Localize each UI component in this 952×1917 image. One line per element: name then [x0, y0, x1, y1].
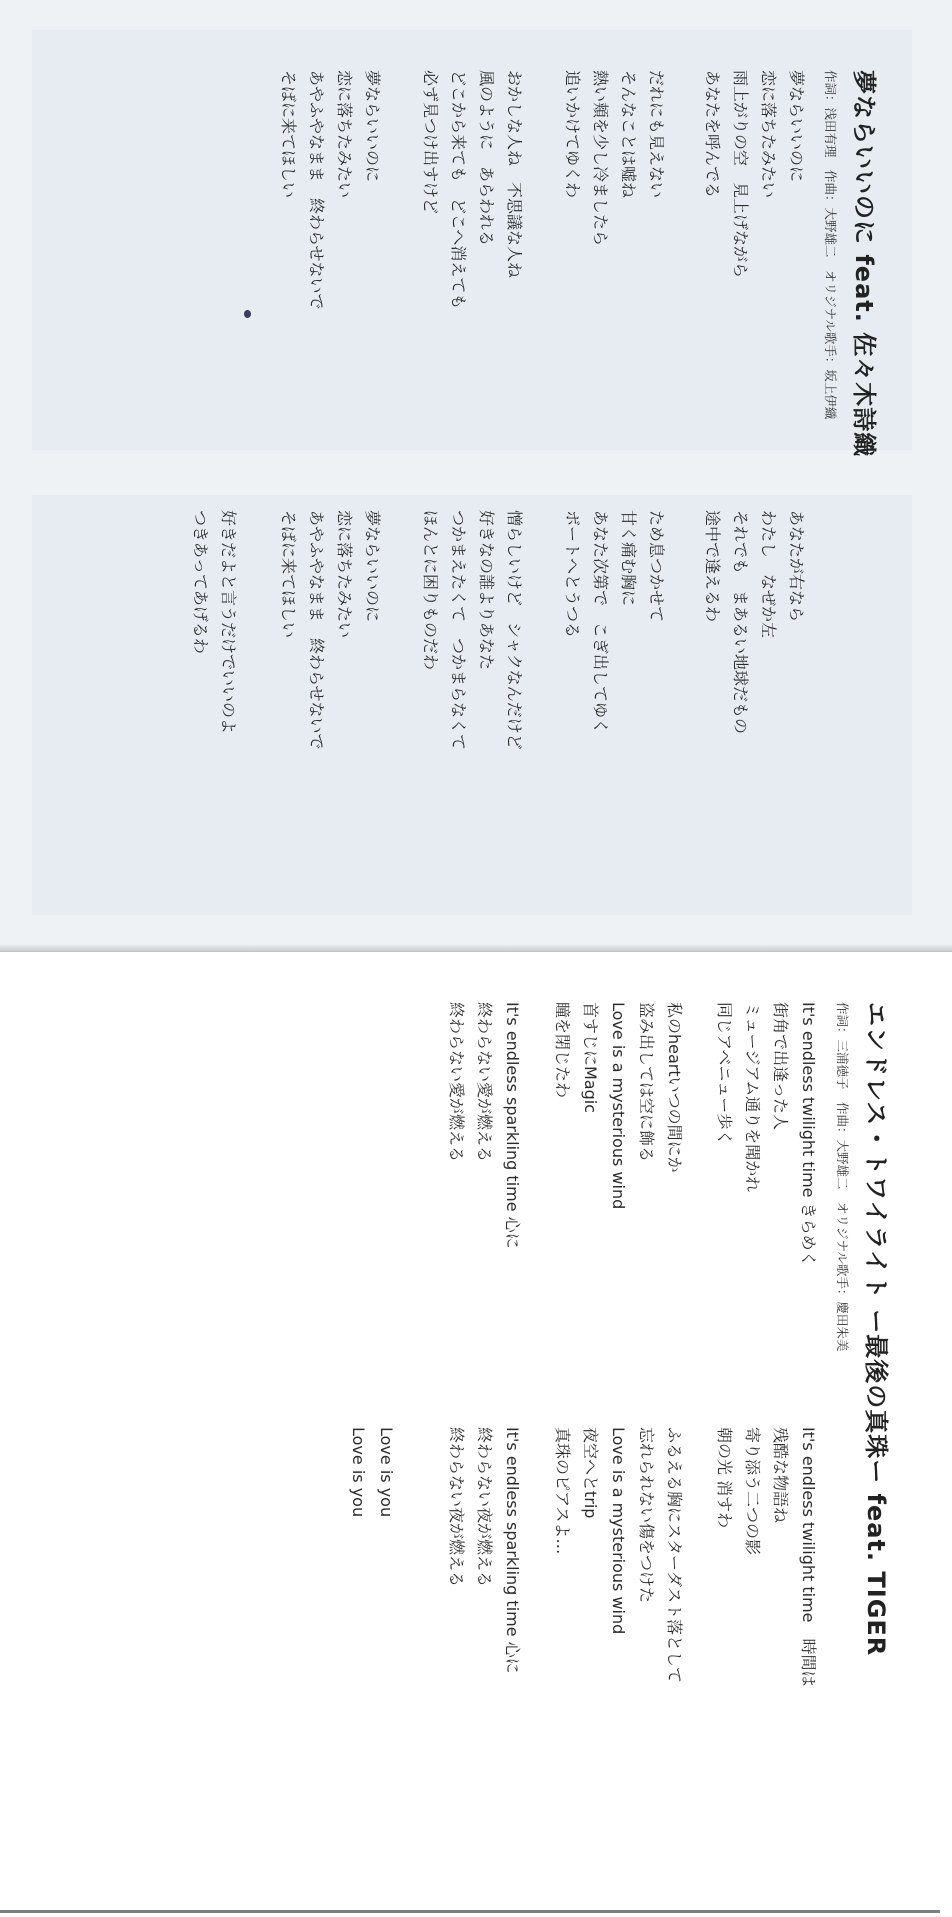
lyric-line: だれにも見えない: [642, 70, 670, 246]
lyric-line: あなたが右なら: [782, 510, 810, 734]
lyric-line: 街角で出逢った人: [766, 1002, 794, 1267]
stanza: Love is you Love is you: [344, 1427, 400, 1517]
lyric-line: 終わらない夜が燃える: [470, 1427, 498, 1674]
lyric-line: 朝の光 消すわ: [710, 1427, 738, 1687]
song-credits: 作詞：浅田有理 作曲：大野雄二 オリジナル歌手：坂上伊織: [822, 70, 840, 419]
lyric-line: 真珠のピアスよ…: [548, 1427, 576, 1683]
lyric-line: 恋に落ちたみたい: [330, 70, 358, 310]
lyric-line: 夢ならいいのに: [358, 510, 386, 750]
lyric-line: 私のheartいつの間にか: [660, 1002, 688, 1209]
lyrics-page-bottom: エンドレス・トワイライト ー最後の真珠ー feat. TIGER 作詞：三浦徳子…: [0, 952, 952, 1902]
lyric-line: 熱い頬を少し冷ましたら: [586, 70, 614, 246]
stanza: だれにも見えない そんなことは嘘ね 熱い頬を少し冷ましたら 追いかけてゆくわ: [558, 70, 670, 246]
lyric-line: ため息つかせて: [642, 510, 670, 734]
stanza: ため息つかせて 甘く痛む胸に あなた次第で こぎ出してゆく ボートへとうつる: [558, 510, 670, 734]
song-title: エンドレス・トワイライト ー最後の真珠ー feat. TIGER: [861, 1002, 896, 1656]
lyric-line: It's endless twilight time きらめく: [794, 1002, 822, 1267]
lyric-line: 好きだよと言うだけでいいのよ: [214, 510, 242, 734]
lyric-line: 必ず見つけ出すけど: [416, 70, 444, 309]
lyric-line: どこから来ても どこへ消えても: [444, 70, 472, 309]
stanza: It's endless twilight time 時間は 残酷な物語ね 寄り…: [710, 1427, 822, 1687]
stanza: 夢ならいいのに 恋に落ちたみたい 雨上がりの空 見上げながら あなたを呼んでる: [698, 70, 810, 278]
lyric-line: 甘く痛む胸に: [614, 510, 642, 734]
lyric-line: そんなことは嘘ね: [614, 70, 642, 246]
song-title: 夢ならいいのに feat. 佐々木詩織: [849, 70, 884, 457]
stanza: おかしな人ね 不思議な人ね 風のように あらわれる どこから来ても どこへ消えて…: [416, 70, 528, 309]
lyric-line: 残酷な物語ね: [766, 1427, 794, 1687]
stanza: It's endless twilight time きらめく 街角で出逢った人…: [710, 1002, 822, 1267]
lyric-line: 恋に落ちたみたい: [330, 510, 358, 750]
lyric-line: 夜空へとtrip: [576, 1427, 604, 1683]
lyric-line: ふるえる胸にスターダスト落として: [660, 1427, 688, 1683]
stanza: あなたが右なら わたし なぜか左 それでも まあるい地球だもの 途中で逢えるわ: [698, 510, 810, 734]
lyric-line: つきあってあげるわ: [186, 510, 214, 734]
lyric-line: そばに来てほしい: [274, 510, 302, 750]
lyric-line: 風のように あらわれる: [472, 70, 500, 309]
lyric-line: わたし なぜか左: [754, 510, 782, 734]
lyric-line: 盗み出しては空に飾る: [632, 1002, 660, 1209]
lyric-line: 忘れられない傷をつけた: [632, 1427, 660, 1683]
stanza: 夢ならいいのに 恋に落ちたみたい あやふやなまま 終わらせないで そばに来てほし…: [274, 70, 386, 310]
lyric-line: 終わらない愛が燃える: [470, 1002, 498, 1249]
lyric-line: 好きなの誰よりあなた: [472, 510, 500, 750]
lyric-line: 憎らしいけど シャクなんだけど: [500, 510, 528, 750]
song-credits: 作詞：三浦徳子 作曲：大野雄二 オリジナル歌手：慶田朱美: [834, 1002, 852, 1351]
lyric-line: あなたを呼んでる: [698, 70, 726, 278]
lyric-line: 瞳を閉じたわ: [548, 1002, 576, 1209]
lyric-line: それでも まあるい地球だもの: [726, 510, 754, 734]
lyric-line: あやふやなまま 終わらせないで: [302, 510, 330, 750]
stanza: It's endless sparkling time 心に 終わらない夜が燃え…: [442, 1427, 526, 1674]
scan-edge-bottom: [0, 1910, 940, 1913]
lyric-line: つかまえたくて つかまらなくて: [444, 510, 472, 750]
lyric-line: 恋に落ちたみたい: [754, 70, 782, 278]
lyrics-page-top: 夢ならいいのに feat. 佐々木詩織 作詞：浅田有理 作曲：大野雄二 オリジナ…: [0, 0, 952, 950]
stanza: It's endless sparkling time 心に 終わらない愛が燃え…: [442, 1002, 526, 1249]
lyric-line: 夢ならいいのに: [782, 70, 810, 278]
lyric-line: ほんとに困りものだわ: [416, 510, 444, 750]
stanza: 私のheartいつの間にか 盗み出しては空に飾る Love is a myste…: [548, 1002, 688, 1209]
lyric-line: おかしな人ね 不思議な人ね: [500, 70, 528, 309]
lyric-line: 追いかけてゆくわ: [558, 70, 586, 246]
lyric-line: It's endless sparkling time 心に: [498, 1427, 526, 1674]
lyric-line: Love is a mysterious wind: [604, 1002, 632, 1209]
stanza: 憎らしいけど シャクなんだけど 好きなの誰よりあなた つかまえたくて つかまらな…: [416, 510, 528, 750]
lyric-line: Love is a mysterious wind: [604, 1427, 632, 1683]
lyric-line: 終わらない夜が燃える: [442, 1427, 470, 1674]
stanza: 夢ならいいのに 恋に落ちたみたい あやふやなまま 終わらせないで そばに来てほし…: [274, 510, 386, 750]
lyric-line: そばに来てほしい: [274, 70, 302, 310]
lyric-line: It's endless twilight time 時間は: [794, 1427, 822, 1687]
lyric-line: あやふやなまま 終わらせないで: [302, 70, 330, 310]
lyric-line: 終わらない愛が燃える: [442, 1002, 470, 1249]
lyric-line: ボートへとうつる: [558, 510, 586, 734]
stanza: ふるえる胸にスターダスト落として 忘れられない傷をつけた Love is a m…: [548, 1427, 688, 1683]
lyric-line: 途中で逢えるわ: [698, 510, 726, 734]
lyric-line: 雨上がりの空 見上げながら: [726, 70, 754, 278]
lyric-line: 夢ならいいのに: [358, 70, 386, 310]
lyric-line: 寄り添う二つの影: [738, 1427, 766, 1687]
lyric-line: あなた次第で こぎ出してゆく: [586, 510, 614, 734]
lyric-line: It's endless sparkling time 心に: [498, 1002, 526, 1249]
lyric-line: 同じアベニュー歩く: [710, 1002, 738, 1267]
lyric-line: ミュージアム通りを聞かれ: [738, 1002, 766, 1267]
lyric-line: Love is you: [344, 1427, 372, 1517]
lyric-line: 首すじにMagic: [576, 1002, 604, 1209]
stanza: 好きだよと言うだけでいいのよ つきあってあげるわ: [186, 510, 242, 734]
ink-smudge: [244, 310, 251, 318]
lyric-line: Love is you: [372, 1427, 400, 1517]
